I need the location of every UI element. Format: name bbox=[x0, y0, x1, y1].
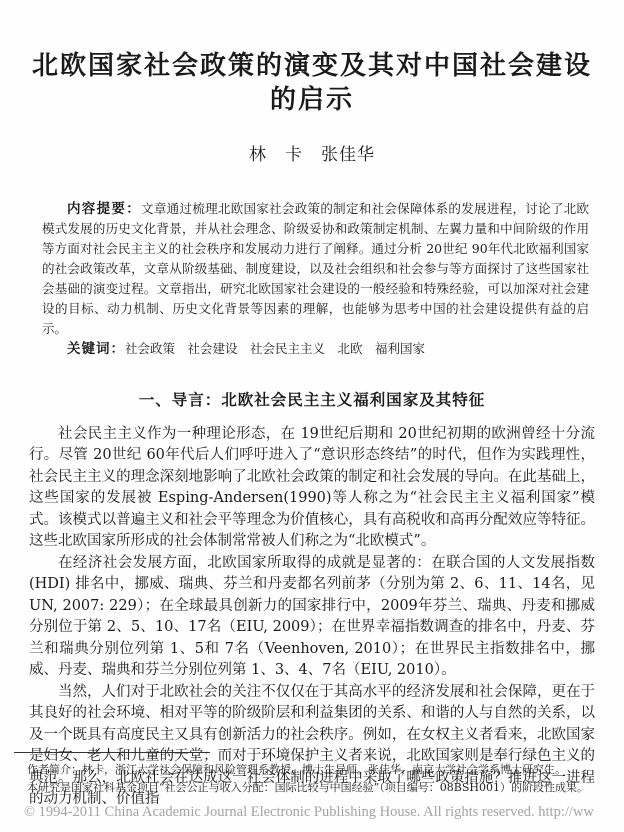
footnote-divider bbox=[14, 752, 210, 753]
keywords-text: 社会政策 社会建设 社会民主主义 北欧 福利国家 bbox=[125, 341, 425, 356]
body-paragraph-2: 在经济社会发展方面，北欧国家所取得的成就是显著的：在联合国的人文发展指数 (HD… bbox=[29, 553, 595, 682]
footnote-funding: 本研究是国家社科基金项目“社会公正与收入分配：国际比较与中国经验”（项目编号：0… bbox=[27, 779, 596, 797]
abstract-paragraph: 内容提要：文章通过梳理北欧国家社会政策的制定和社会保障体系的发展进程，讨论了北欧… bbox=[42, 199, 589, 339]
paper-authors: 林 卡 张佳华 bbox=[29, 140, 595, 165]
keywords-label: 关键词： bbox=[67, 341, 125, 357]
abstract-text: 文章通过梳理北欧国家社会政策的制定和社会保障体系的发展进程，讨论了北欧模式发展的… bbox=[42, 201, 589, 336]
keywords-line: 关键词：社会政策 社会建设 社会民主主义 北欧 福利国家 bbox=[42, 339, 589, 359]
section-heading: 一、导言：北欧社会民主主义福利国家及其特征 bbox=[29, 388, 595, 410]
paper-title: 北欧国家社会政策的演变及其对中国社会建设的启示 bbox=[29, 50, 595, 118]
copyright-watermark: © 1994-2011 China Academic Journal Elect… bbox=[24, 804, 624, 821]
abstract-label: 内容提要： bbox=[67, 201, 141, 217]
body-paragraph-1: 社会民主主义作为一种理论形态，在 19世纪后期和 20世纪初期的欧洲曾经十分流行… bbox=[29, 424, 595, 553]
paper-page: 北欧国家社会政策的演变及其对中国社会建设的启示 林 卡 张佳华 内容提要：文章通… bbox=[0, 0, 624, 832]
footnote-author-bio: 作者简介：林卡，浙江大学社会保障和风险管理系教授、博士生导师。张佳华，南京大学社… bbox=[27, 761, 596, 779]
footnote-block: 作者简介：林卡，浙江大学社会保障和风险管理系教授、博士生导师。张佳华，南京大学社… bbox=[14, 752, 596, 796]
abstract-block: 内容提要：文章通过梳理北欧国家社会政策的制定和社会保障体系的发展进程，讨论了北欧… bbox=[42, 199, 589, 359]
